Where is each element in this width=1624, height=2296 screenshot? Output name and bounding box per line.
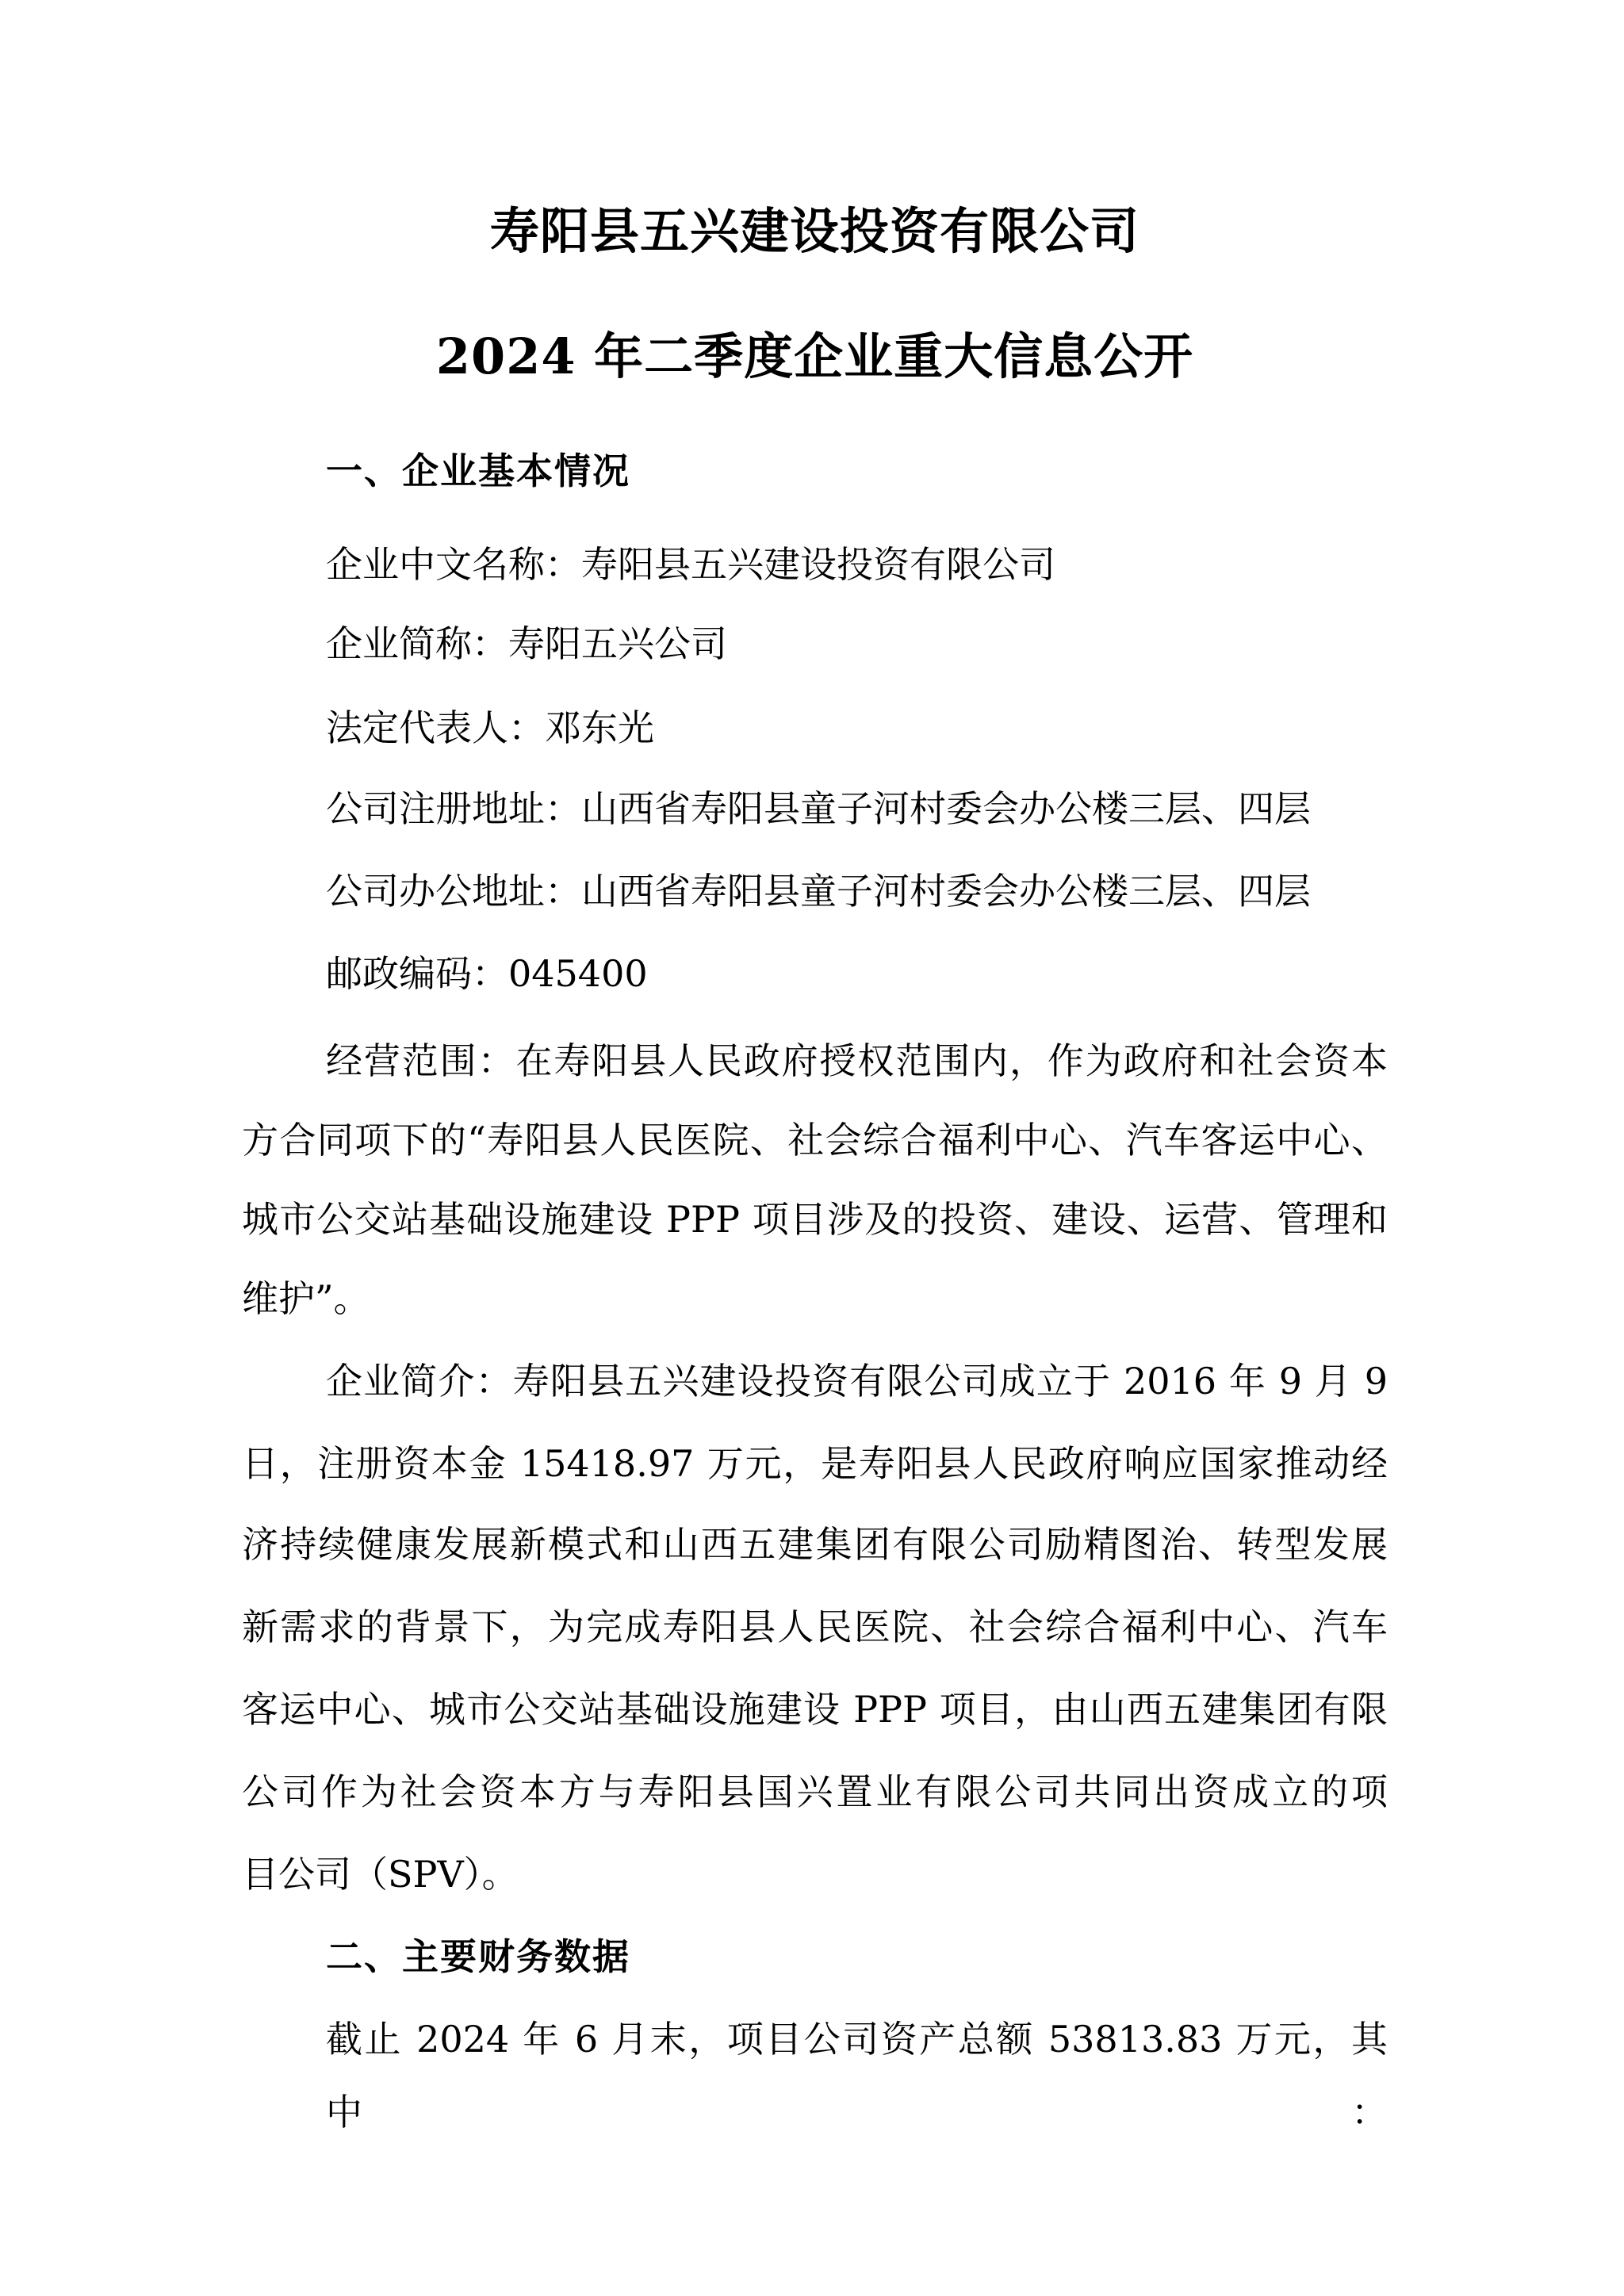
company-profile-line-2: 日，注册资本金 15418.97 万元，是寿阳县人民政府响应国家推动经 (242, 1427, 1388, 1500)
company-profile-line-5: 客运中心、城市公交站基础设施建设 PPP 项目，由山西五建集团有限 (242, 1673, 1388, 1746)
document-subtitle: 2024 年二季度企业重大信息公开 (242, 316, 1388, 398)
field-registered-address: 公司注册地址：山西省寿阳县童子河村委会办公楼三层、四层 (242, 772, 1388, 845)
section-1-heading: 一、企业基本情况 (242, 434, 1388, 507)
company-profile-line-6: 公司作为社会资本方与寿阳县国兴置业有限公司共同出资成立的项 (242, 1755, 1388, 1828)
field-office-address: 公司办公地址：山西省寿阳县童子河村委会办公楼三层、四层 (242, 855, 1388, 928)
field-legal-representative: 法定代表人：邓东光 (242, 691, 1388, 764)
financial-data-line-1: 截止 2024 年 6 月末，项目公司资产总额 53813.83 万元，其中： (242, 2003, 1388, 2076)
field-company-name: 企业中文名称：寿阳县五兴建设投资有限公司 (242, 528, 1388, 601)
field-postal-code: 邮政编码：045400 (242, 937, 1388, 1010)
document-page: 寿阳县五兴建设投资有限公司 2024 年二季度企业重大信息公开 一、企业基本情况… (0, 0, 1624, 2296)
company-profile-line-7: 目公司（SPV）。 (242, 1838, 1388, 1911)
company-profile-line-3: 济持续健康发展新模式和山西五建集团有限公司励精图治、转型发展 (242, 1508, 1388, 1581)
section-2-heading: 二、主要财务数据 (242, 1920, 1388, 1993)
field-company-short-name: 企业简称：寿阳五兴公司 (242, 607, 1388, 680)
company-profile-line-1: 企业简介：寿阳县五兴建设投资有限公司成立于 2016 年 9 月 9 (242, 1345, 1388, 1418)
company-profile-line-4: 新需求的背景下，为完成寿阳县人民医院、社会综合福利中心、汽车 (242, 1590, 1388, 1663)
business-scope-line-3: 城市公交站基础设施建设 PPP 项目涉及的投资、建设、运营、管理和 (242, 1183, 1388, 1256)
business-scope-line-2: 方合同项下的“寿阳县人民医院、社会综合福利中心、汽车客运中心、 (242, 1104, 1388, 1177)
document-title: 寿阳县五兴建设投资有限公司 (242, 190, 1388, 273)
business-scope-line-1: 经营范围：在寿阳县人民政府授权范围内，作为政府和社会资本 (242, 1024, 1388, 1097)
business-scope-line-4: 维护”。 (242, 1262, 1388, 1335)
